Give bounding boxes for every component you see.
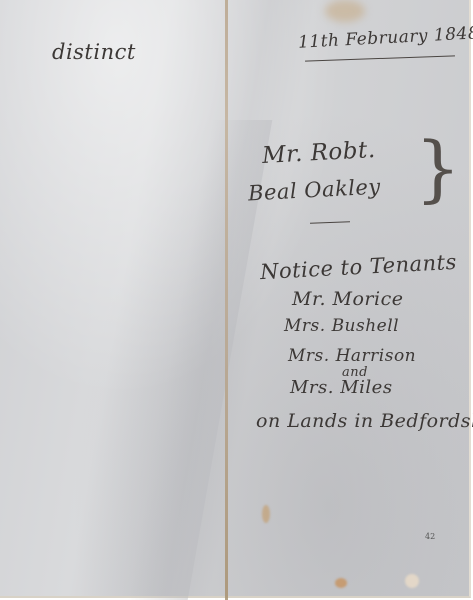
bottom-stain — [335, 578, 347, 588]
lower-stain — [262, 505, 270, 523]
tenant-name: Mr. Morice — [292, 288, 403, 310]
center-fold-crease — [225, 0, 228, 600]
docket-word: distinct — [52, 40, 136, 64]
closing-line: on Lands in Bedfordsh. — [256, 410, 473, 432]
top-stain — [325, 0, 365, 22]
corner-stain — [405, 574, 419, 588]
brace-mark: } — [415, 126, 461, 210]
corner-pencil-mark: 42 — [425, 532, 435, 541]
tenant-name: Mrs. Miles — [290, 377, 393, 398]
tenant-name: Mrs. Harrison — [288, 346, 416, 366]
tenant-name: Mrs. Bushell — [284, 316, 399, 336]
